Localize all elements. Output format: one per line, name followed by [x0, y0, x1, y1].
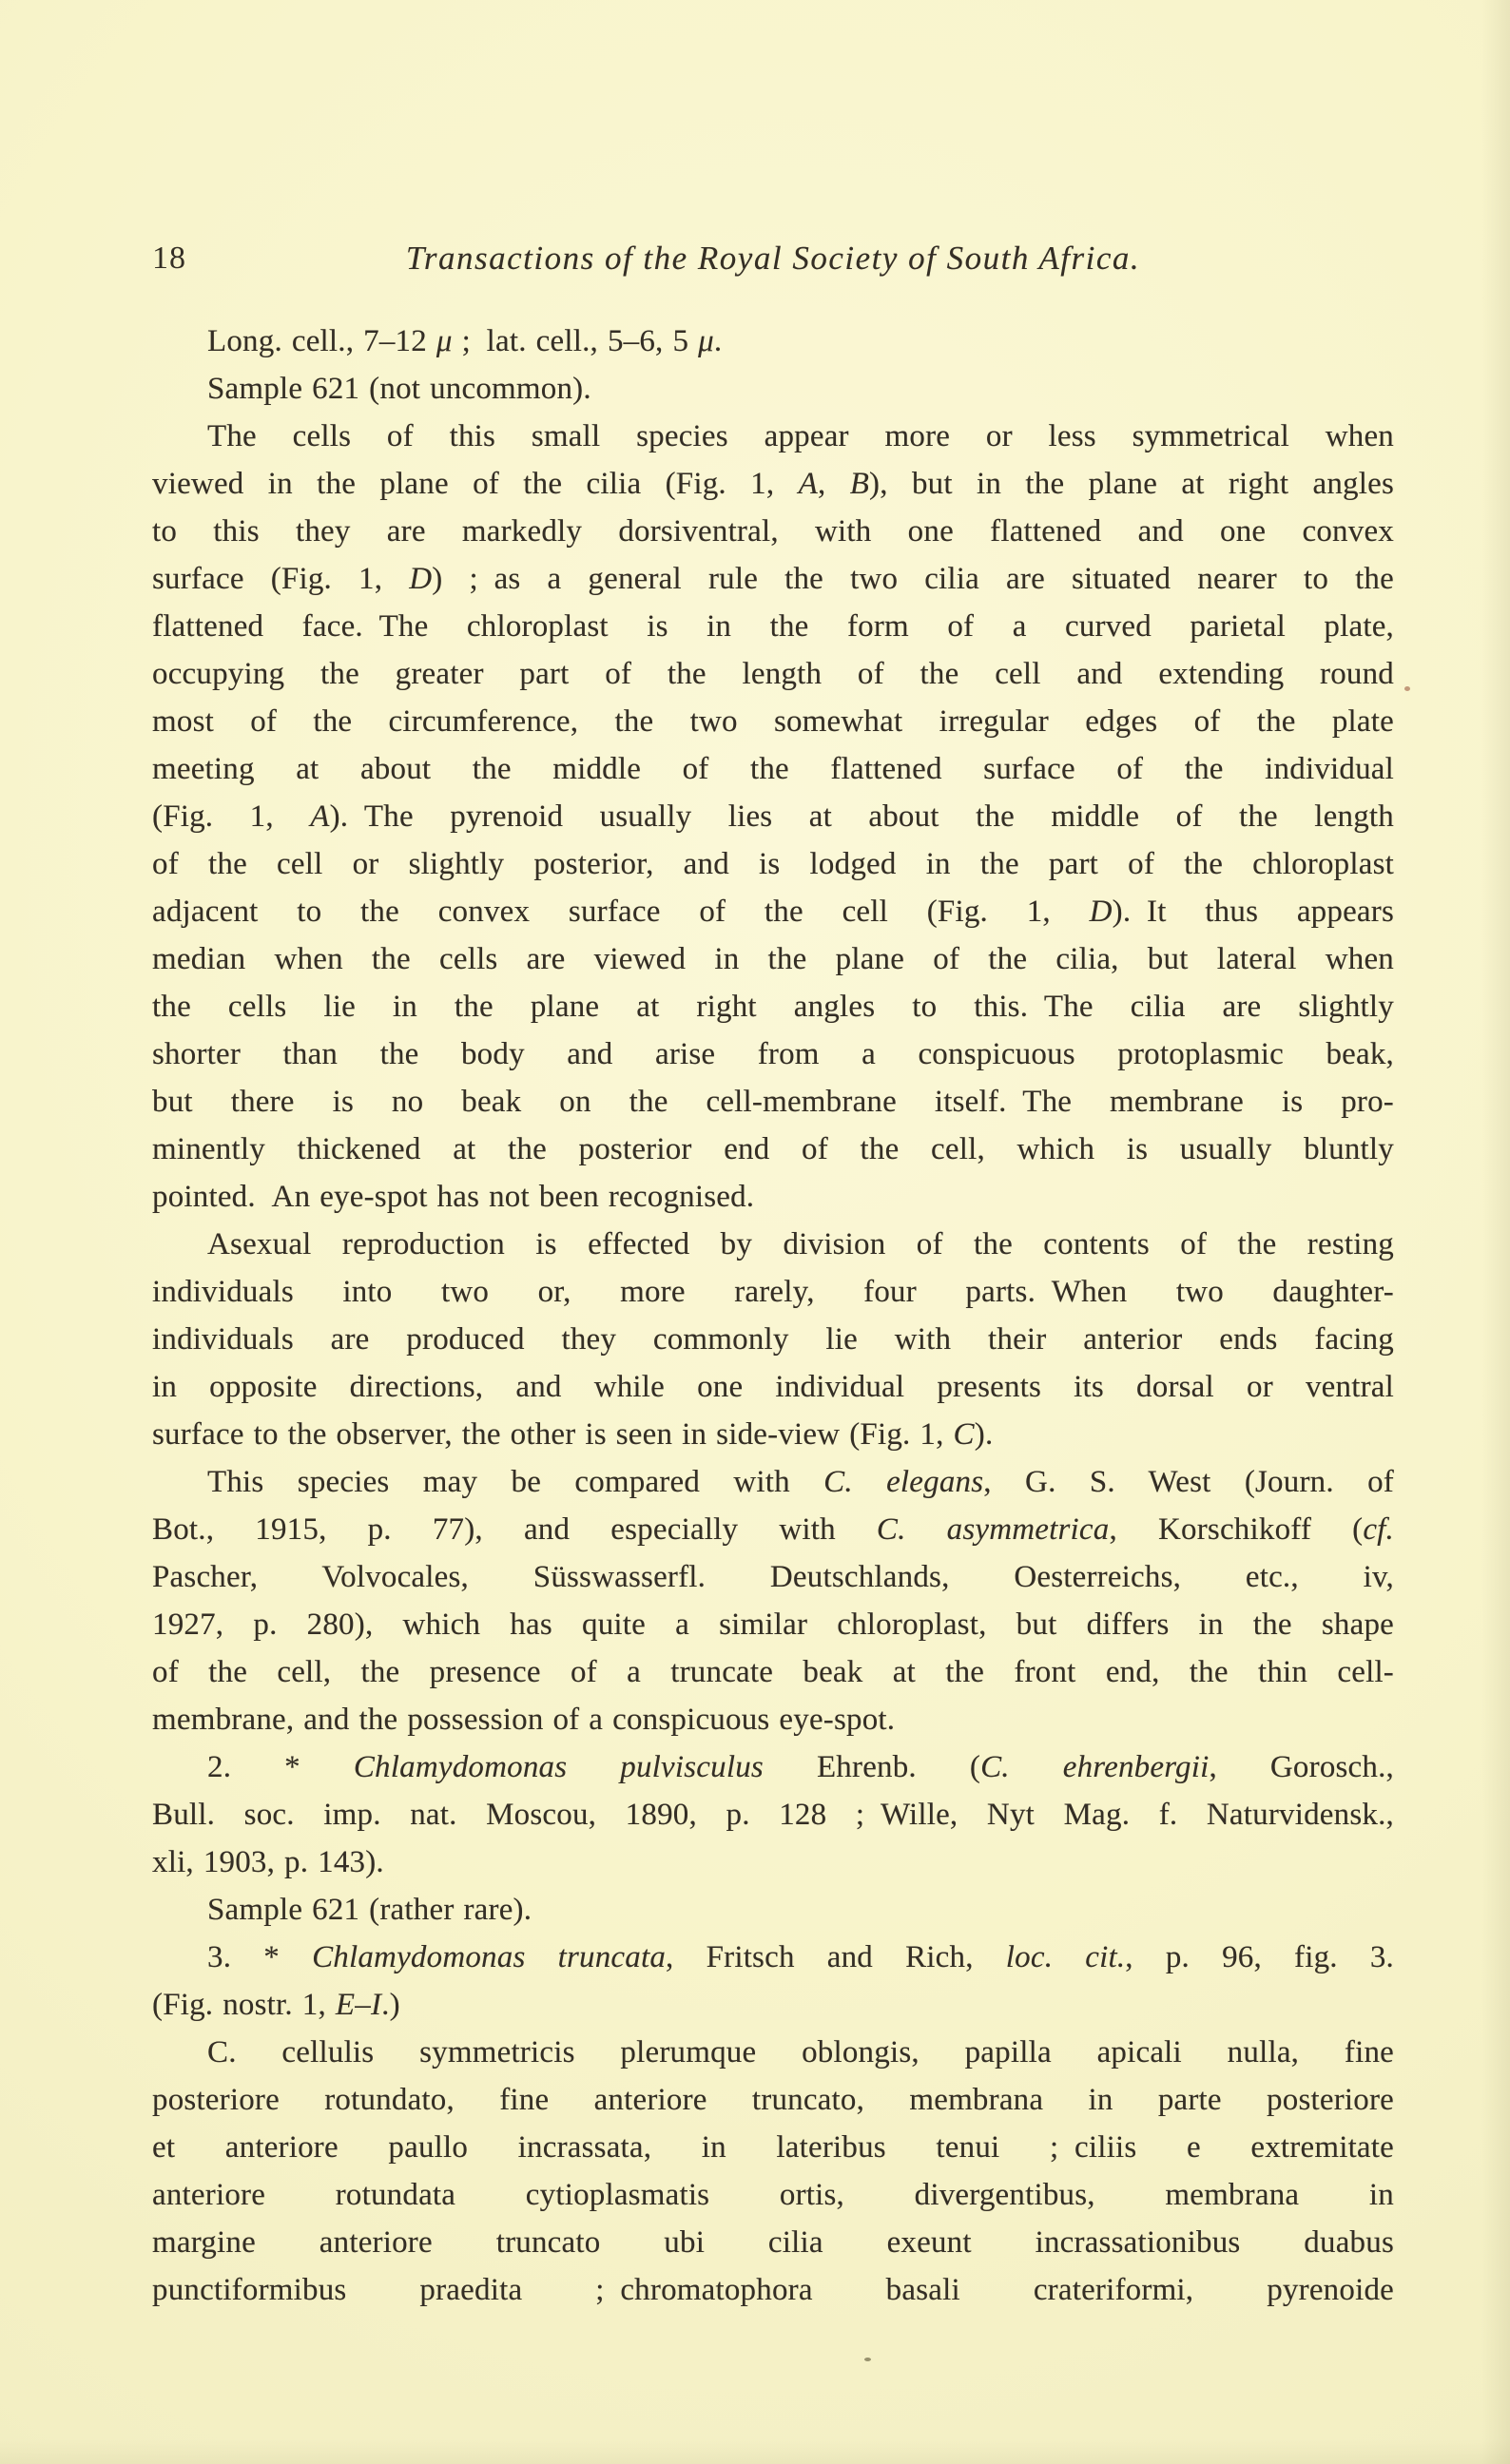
text-line: surface (Fig. 1, D) ; as a general rule … [152, 555, 1394, 603]
text-line: meeting at about the middle of the flatt… [152, 745, 1394, 793]
text-line: membrane, and the possession of a conspi… [152, 1696, 1394, 1743]
text-line: pointed. An eye-spot has not been recogn… [152, 1173, 1394, 1221]
text-line: C. cellulis symmetricis plerumque oblong… [152, 2029, 1394, 2076]
text-line: The cells of this small species appear m… [152, 413, 1394, 460]
text-line: punctiformibus praedita ; chromatophora … [152, 2266, 1394, 2314]
document-page: 18 Transactions of the Royal Society of … [0, 0, 1510, 2464]
text-line: Bot., 1915, p. 77), and especially with … [152, 1506, 1394, 1553]
text-line: in opposite directions, and while one in… [152, 1363, 1394, 1411]
text-line: posteriore rotundato, fine anteriore tru… [152, 2076, 1394, 2124]
text-line: 3. * Chlamydomonas truncata, Fritsch and… [152, 1934, 1394, 1981]
text-line: Pascher, Volvocales, Süsswasserfl. Deuts… [152, 1553, 1394, 1601]
text-line: Long. cell., 7–12 μ ; lat. cell., 5–6, 5… [152, 318, 1394, 365]
text-line: flattened face. The chloroplast is in th… [152, 603, 1394, 650]
text-line: the cells lie in the plane at right angl… [152, 983, 1394, 1030]
text-line: median when the cells are viewed in the … [152, 935, 1394, 983]
text-line: 1927, p. 280), which has quite a similar… [152, 1601, 1394, 1648]
text-line: anteriore rotundata cytioplasmatis ortis… [152, 2171, 1394, 2219]
text-line: adjacent to the convex surface of the ce… [152, 888, 1394, 935]
text-line: individuals are produced they commonly l… [152, 1316, 1394, 1363]
text-line: (Fig. nostr. 1, E–I.) [152, 1981, 1394, 2029]
paper-speck [864, 2358, 871, 2361]
page-number: 18 [152, 238, 186, 279]
text-line: Sample 621 (rather rare). [152, 1886, 1394, 1934]
text-line: surface to the observer, the other is se… [152, 1411, 1394, 1458]
running-title: Transactions of the Royal Society of Sou… [152, 238, 1394, 279]
text-line: to this they are markedly dorsiventral, … [152, 508, 1394, 555]
text-line: most of the circumference, the two somew… [152, 698, 1394, 745]
text-line: xli, 1903, p. 143). [152, 1838, 1394, 1886]
text-line: but there is no beak on the cell-membran… [152, 1078, 1394, 1126]
text-line: Sample 621 (not uncommon). [152, 365, 1394, 413]
text-line: shorter than the body and arise from a c… [152, 1030, 1394, 1078]
page-edge-shading [0, 2439, 1510, 2464]
text-line: minently thickened at the posterior end … [152, 1126, 1394, 1173]
text-line: (Fig. 1, A). The pyrenoid usually lies a… [152, 793, 1394, 840]
page-edge-shading [1481, 0, 1510, 2464]
paper-speck [1404, 686, 1410, 691]
text-line: This species may be compared with C. ele… [152, 1458, 1394, 1506]
text-line: of the cell or slightly posterior, and i… [152, 840, 1394, 888]
text-line: occupying the greater part of the length… [152, 650, 1394, 698]
text-block: Long. cell., 7–12 μ ; lat. cell., 5–6, 5… [152, 318, 1394, 2314]
text-line: 2. * Chlamydomonas pulvisculus Ehrenb. (… [152, 1743, 1394, 1791]
text-line: Bull. soc. imp. nat. Moscou, 1890, p. 12… [152, 1791, 1394, 1838]
text-line: viewed in the plane of the cilia (Fig. 1… [152, 460, 1394, 508]
text-line: et anteriore paullo incrassata, in later… [152, 2124, 1394, 2171]
page-header: 18 Transactions of the Royal Society of … [152, 238, 1394, 279]
text-line: margine anteriore truncato ubi cilia exe… [152, 2219, 1394, 2266]
text-line: individuals into two or, more rarely, fo… [152, 1268, 1394, 1316]
text-line: of the cell, the presence of a truncate … [152, 1648, 1394, 1696]
text-line: Asexual reproduction is effected by divi… [152, 1221, 1394, 1268]
